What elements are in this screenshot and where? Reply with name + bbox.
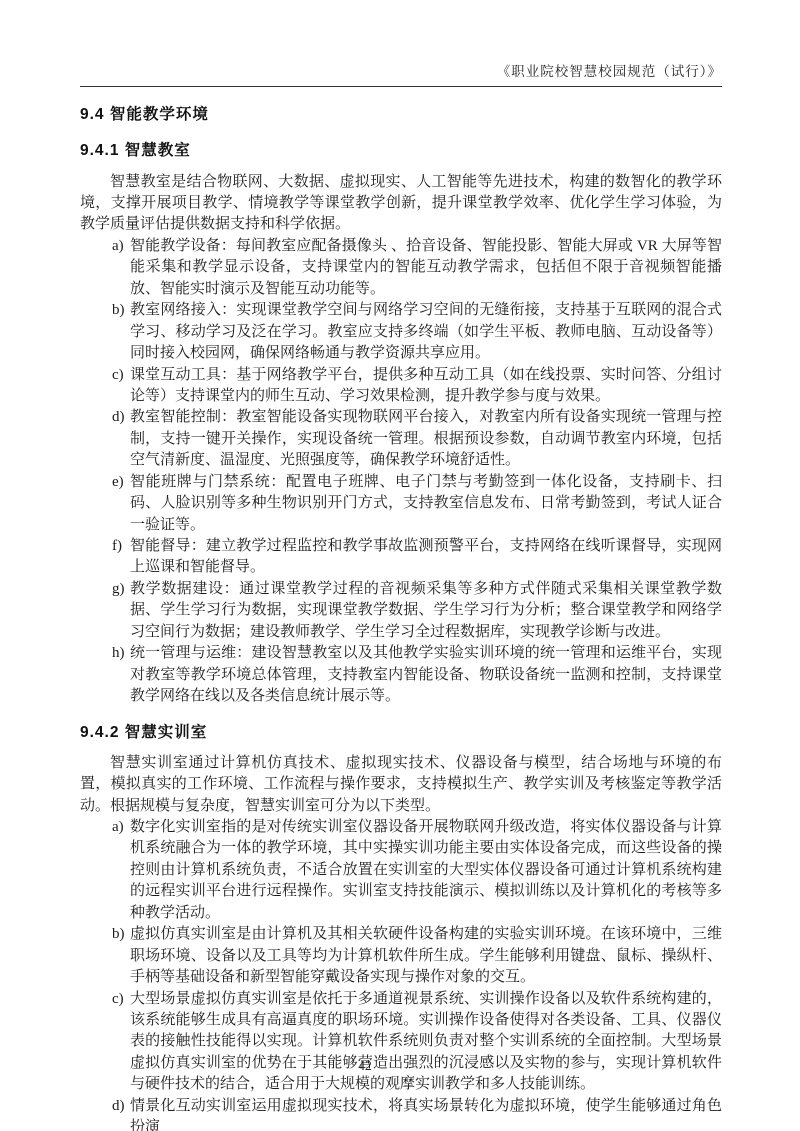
clause-label: h) <box>112 643 125 664</box>
clause-item-d: d) 情景化互动实训室运用虚拟现实技术，将真实场景转化为虚拟环境，使学生能够通过… <box>80 1096 722 1131</box>
clause-label: e) <box>112 472 124 493</box>
clause-label: c) <box>112 989 124 1010</box>
section-title-9-4-2: 9.4.2 智慧实训室 <box>80 722 722 744</box>
clause-text: 情景化互动实训室运用虚拟现实技术，将真实场景转化为虚拟环境，使学生能够通过角色扮… <box>130 1098 722 1131</box>
clause-item-c: c) 课堂互动工具：基于网络教学平台，提供多种互动工具（如在线投票、实时问答、分… <box>80 365 722 408</box>
clause-item-a: a) 数字化实训室指的是对传统实训室仪器设备开展物联网升级改造，将实体仪器设备与… <box>80 817 722 924</box>
document-title: 《职业院校智慧校园规范（试行）》 <box>497 64 722 79</box>
page-number: 42 <box>358 1058 372 1073</box>
clause-text: 教室网络接入：实现课堂教学空间与网络学习空间的无缝衔接，支持基于互联网的混合式学… <box>130 302 722 361</box>
clause-item-g: g) 教学数据建设：通过课堂教学过程的音视频采集等多种方式伴随式采集相关课堂教学… <box>80 579 722 643</box>
clause-text: 课堂互动工具：基于网络教学平台，提供多种互动工具（如在线投票、实时问答、分组讨论… <box>130 367 722 404</box>
clause-item-f: f) 智能督导：建立教学过程监控和教学事故监测预警平台，支持网络在线听课督导，实… <box>80 536 722 579</box>
section-title-9-4-1: 9.4.1 智慧教室 <box>80 140 722 162</box>
smart-training-room-intro: 智慧实训室通过计算机仿真技术、虚拟现实技术、仪器设备与模型，结合场地与环境的布置… <box>80 753 722 817</box>
clause-text: 教学数据建设：通过课堂教学过程的音视频采集等多种方式伴随式采集相关课堂教学数据、… <box>130 581 722 640</box>
clause-text: 数字化实训室指的是对传统实训室仪器设备开展物联网升级改造，将实体仪器设备与计算机… <box>130 819 722 921</box>
clause-label: a) <box>112 236 124 257</box>
document-page: 《职业院校智慧校园规范（试行）》 9.4 智能教学环境 9.4.1 智慧教室 智… <box>0 0 800 1131</box>
clause-item-h: h) 统一管理与运维：建设智慧教室以及其他教学实验实训环境的统一管理和运维平台，… <box>80 643 722 707</box>
smart-classroom-clause-list: a) 智能教学设备：每间教室应配备摄像头 、拾音设备、智能投影、智能大屏或 VR… <box>80 236 722 708</box>
clause-label: d) <box>112 1096 125 1117</box>
clause-label: c) <box>112 365 124 386</box>
clause-text: 智能班牌与门禁系统：配置电子班牌、电子门禁与考勤签到一体化设备，支持刷卡、扫码、… <box>130 474 722 533</box>
page-header: 《职业院校智慧校园规范（试行）》 <box>80 62 722 87</box>
clause-item-a: a) 智能教学设备：每间教室应配备摄像头 、拾音设备、智能投影、智能大屏或 VR… <box>80 236 722 300</box>
section-title-9-4: 9.4 智能教学环境 <box>80 104 722 126</box>
clause-label: d) <box>112 407 125 428</box>
clause-label: f) <box>112 536 122 557</box>
clause-text: 大型场景虚拟仿真实训室是依托于多通道视景系统、实训操作设备以及软件系统构建的，该… <box>130 991 722 1093</box>
clause-text: 虚拟仿真实训室是由计算机及其相关软硬件设备构建的实验实训环境。在该环境中，三维职… <box>130 926 722 985</box>
clause-item-e: e) 智能班牌与门禁系统：配置电子班牌、电子门禁与考勤签到一体化设备，支持刷卡、… <box>80 472 722 536</box>
training-room-clause-list: a) 数字化实训室指的是对传统实训室仪器设备开展物联网升级改造，将实体仪器设备与… <box>80 817 722 1131</box>
clause-label: a) <box>112 817 124 838</box>
clause-label: b) <box>112 924 125 945</box>
smart-classroom-intro: 智慧教室是结合物联网、大数据、虚拟现实、人工智能等先进技术，构建的数智化的教学环… <box>80 172 722 236</box>
clause-item-c: c) 大型场景虚拟仿真实训室是依托于多通道视景系统、实训操作设备以及软件系统构建… <box>80 989 722 1096</box>
page-footer: 42 <box>0 1056 730 1075</box>
clause-item-d: d) 教室智能控制：教室智能设备实现物联网平台接入，对教室内所有设备实现统一管理… <box>80 407 722 471</box>
clause-text: 智能督导：建立教学过程监控和教学事故监测预警平台，支持网络在线听课督导，实现网上… <box>130 538 722 575</box>
clause-text: 教室智能控制：教室智能设备实现物联网平台接入，对教室内所有设备实现统一管理与控制… <box>130 409 722 468</box>
clause-item-b: b) 虚拟仿真实训室是由计算机及其相关软硬件设备构建的实验实训环境。在该环境中，… <box>80 924 722 988</box>
clause-label: b) <box>112 300 125 321</box>
clause-text: 统一管理与运维：建设智慧教室以及其他教学实验实训环境的统一管理和运维平台，实现对… <box>130 645 722 704</box>
clause-text: 智能教学设备：每间教室应配备摄像头 、拾音设备、智能投影、智能大屏或 VR 大屏… <box>130 238 722 297</box>
clause-label: g) <box>112 579 125 600</box>
clause-item-b: b) 教室网络接入：实现课堂教学空间与网络学习空间的无缝衔接，支持基于互联网的混… <box>80 300 722 364</box>
